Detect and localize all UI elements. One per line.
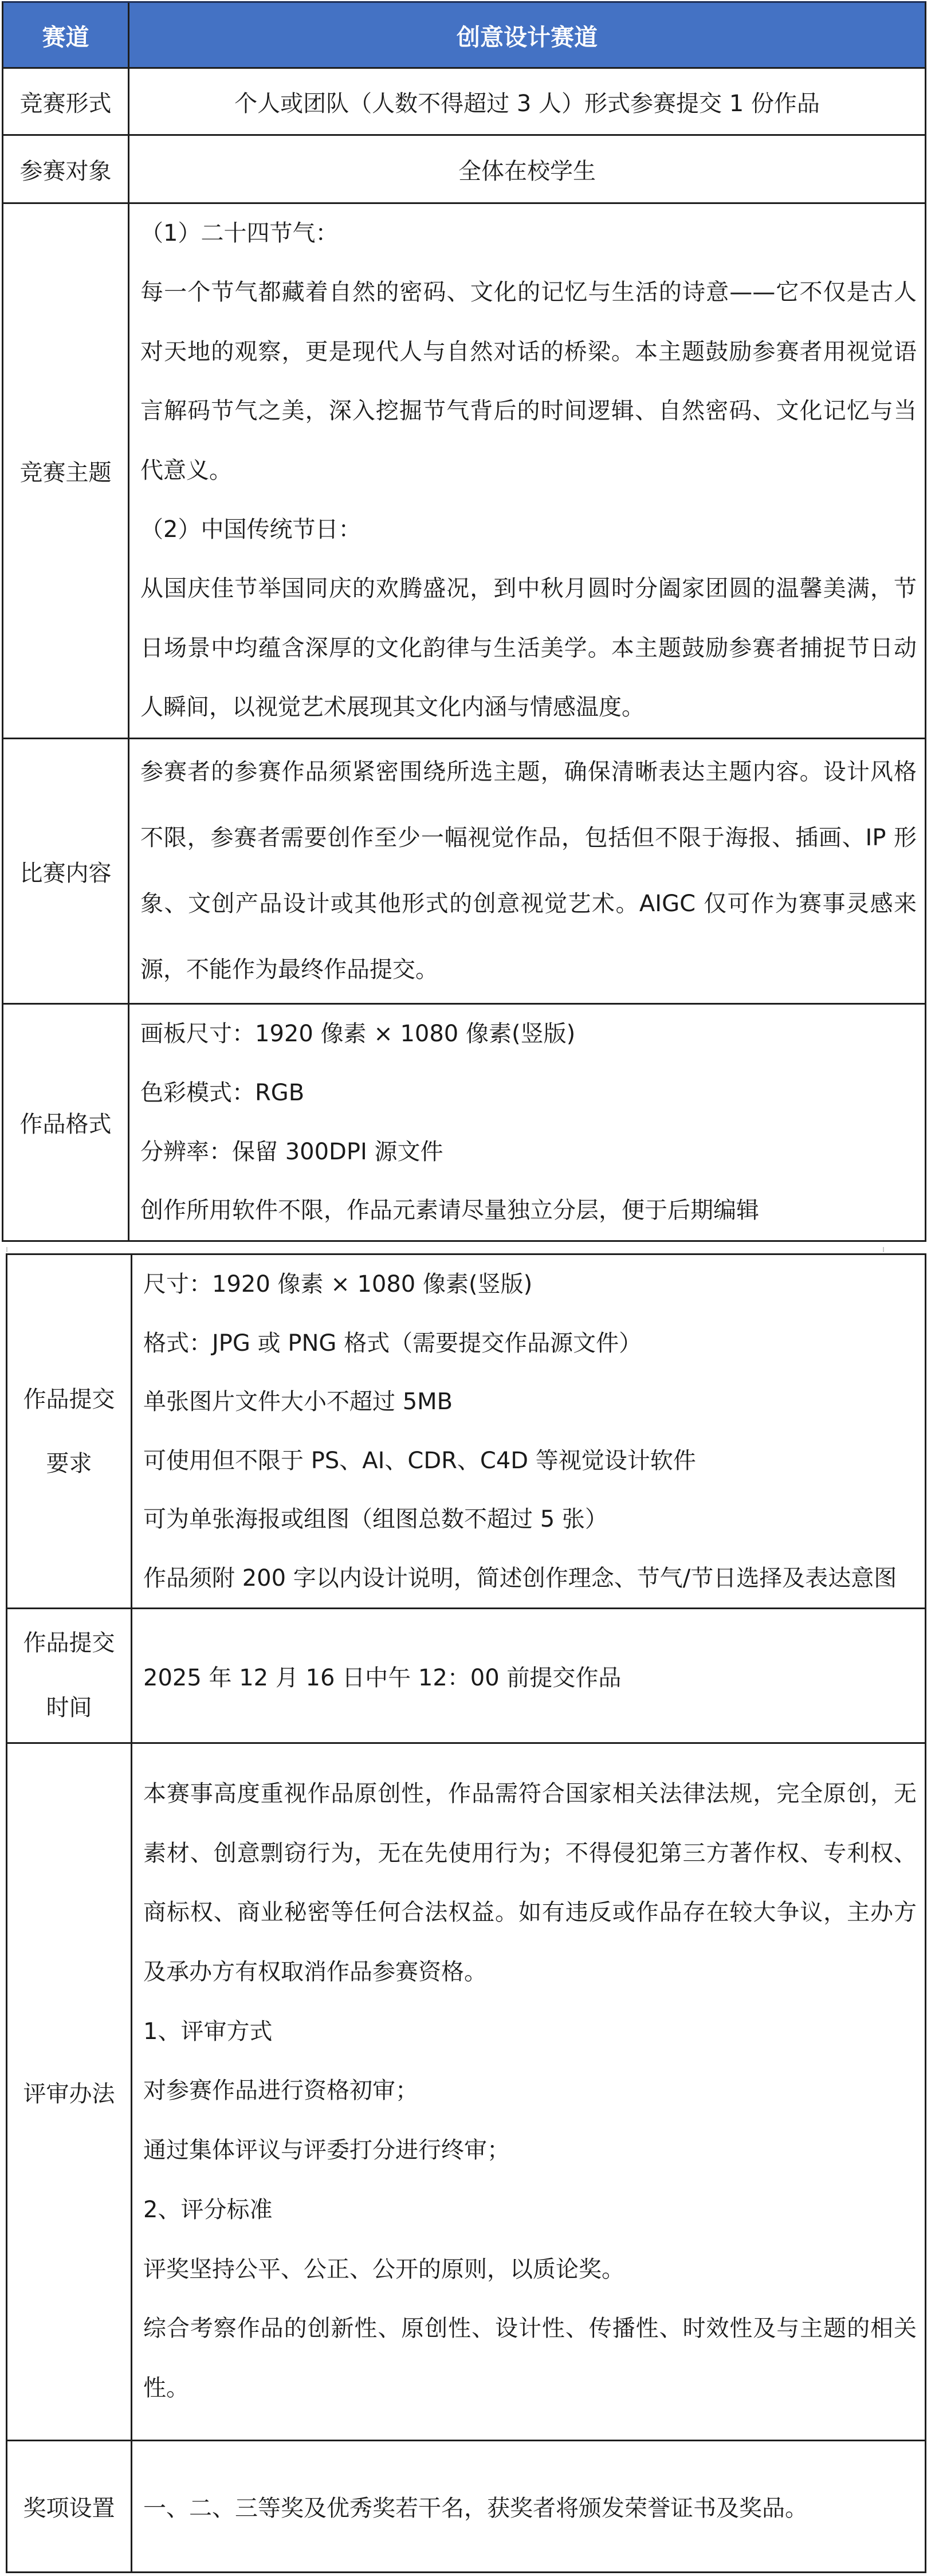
text-line: 可为单张海报或组图（组图总数不超过 5 张） (143, 1490, 917, 1549)
text-line: 色彩模式：RGB (140, 1064, 917, 1123)
table-row-content: 比赛内容 参赛者的参赛作品须紧密围绕所选主题，确保清晰表达主题内容。设计风格 不… (2, 739, 926, 1005)
row-label-line: 作品提交 (23, 1611, 115, 1676)
row-value-cell: 尺寸：1920 像素 × 1080 像素(竖版) 格式：JPG 或 PNG 格式… (132, 1255, 925, 1607)
row-label-line: 要求 (46, 1432, 92, 1496)
row-value-cell: （1）二十四节气： 每一个节气都藏着自然的密码、文化的记忆与生活的诗意——它不仅… (129, 204, 925, 738)
text-line: 及承办方有权取消作品参赛资格。 (143, 1943, 917, 2002)
row-value-cell: 本赛事高度重视作品原创性，作品需符合国家相关法律法规，完全原创，无 素材、创意剽… (132, 1744, 925, 2440)
row-label-cell: 作品提交 时间 (7, 1609, 132, 1742)
row-label-cell: 奖项设置 (7, 2441, 132, 2571)
row-label-line: 时间 (46, 1676, 92, 1740)
row-value-cell: 个人或团队（人数不得超过 3 人）形式参赛提交 1 份作品 (129, 69, 925, 134)
text-line: 素材、创意剽窃行为，无在先使用行为；不得侵犯第三方著作权、专利权、 (143, 1824, 917, 1884)
text-line: 画板尺寸：1920 像素 × 1080 像素(竖版) (140, 1005, 917, 1064)
text-line: 格式：JPG 或 PNG 格式（需要提交作品源文件） (143, 1314, 917, 1373)
row-label-cell: 参赛对象 (3, 136, 129, 202)
text-line: 创作所用软件不限，作品元素请尽量独立分层，便于后期编辑 (140, 1181, 917, 1240)
text-line: 言解码节气之美，深入挖掘节气背后的时间逻辑、自然密码、文化记忆与当 (140, 382, 917, 441)
text-line: 代意义。 (140, 441, 917, 500)
text-line: 参赛者的参赛作品须紧密围绕所选主题，确保清晰表达主题内容。设计风格 (140, 739, 917, 805)
row-label: 奖项设置 (23, 2490, 115, 2523)
row-label: 评审办法 (23, 2076, 115, 2108)
row-label: 比赛内容 (20, 855, 112, 888)
text-line: 单张图片文件大小不超过 5MB (143, 1373, 917, 1432)
text-line: 商标权、商业秘密等任何合法权益。如有违反或作品存在较大争议，主办方 (143, 1883, 917, 1943)
row-value: 全体在校学生 (458, 153, 596, 186)
theme-subheading: （2）中国传统节日： (140, 500, 917, 559)
text-line: 对参赛作品进行资格初审； (143, 2061, 917, 2121)
text-line: 评奖坚持公平、公正、公开的原则，以质论奖。 (143, 2240, 917, 2300)
row-label-cell: 作品提交 要求 (7, 1255, 132, 1607)
table-row-judging: 评审办法 本赛事高度重视作品原创性，作品需符合国家相关法律法规，完全原创，无 素… (6, 1744, 926, 2441)
judging-subheading: 1、评审方式 (143, 2002, 917, 2062)
header-track-value: 创意设计赛道 (457, 18, 598, 52)
table-row-format: 竞赛形式 个人或团队（人数不得超过 3 人）形式参赛提交 1 份作品 (2, 69, 926, 136)
competition-info-table-2: 作品提交 要求 尺寸：1920 像素 × 1080 像素(竖版) 格式：JPG … (6, 1253, 926, 2573)
row-label-cell: 比赛内容 (3, 739, 129, 1003)
text-line: 可使用但不限于 PS、AI、CDR、C4D 等视觉设计软件 (143, 1432, 917, 1491)
table-header-row: 赛道 创意设计赛道 (2, 1, 926, 69)
row-label-line: 作品提交 (23, 1367, 115, 1432)
theme-subheading: （1）二十四节气： (140, 204, 917, 263)
table-row-spec: 作品格式 画板尺寸：1920 像素 × 1080 像素(竖版) 色彩模式：RGB… (2, 1005, 926, 1242)
awards-value: 一、二、三等奖及优秀奖若干名，获奖者将颁发荣誉证书及奖品。 (143, 2490, 808, 2523)
row-label-cell: 竞赛形式 (3, 69, 129, 134)
row-label: 竞赛形式 (20, 85, 112, 118)
text-line: 分辨率：保留 300DPI 源文件 (140, 1123, 917, 1182)
table-row-submission-requirements: 作品提交 要求 尺寸：1920 像素 × 1080 像素(竖版) 格式：JPG … (6, 1253, 926, 1609)
text-line: 不限，参赛者需要创作至少一幅视觉作品，包括但不限于海报、插画、IP 形 (140, 805, 917, 871)
row-label: 参赛对象 (20, 153, 112, 186)
text-line: 尺寸：1920 像素 × 1080 像素(竖版) (143, 1255, 917, 1314)
table-row-audience: 参赛对象 全体在校学生 (2, 136, 926, 204)
header-track-label: 赛道 (42, 18, 89, 52)
text-line: 综合考察作品的创新性、原创性、设计性、传播性、时效性及与主题的相关 (143, 2299, 917, 2359)
header-track-value-cell: 创意设计赛道 (129, 3, 925, 67)
table-anchor-mark-right (883, 1247, 884, 1252)
table-anchor-mark-left (6, 1247, 7, 1252)
table-row-submission-time: 作品提交 时间 2025 年 12 月 16 日中午 12：00 前提交作品 (6, 1609, 926, 1744)
text-line: 对天地的观察，更是现代人与自然对话的桥梁。本主题鼓励参赛者用视觉语 (140, 323, 917, 382)
text-line: 作品须附 200 字以内设计说明，简述创作理念、节气/节日选择及表达意图 (143, 1549, 917, 1608)
header-track-label-cell: 赛道 (3, 3, 129, 67)
table-row-awards: 奖项设置 一、二、三等奖及优秀奖若干名，获奖者将颁发荣誉证书及奖品。 (6, 2441, 926, 2573)
row-value-cell: 画板尺寸：1920 像素 × 1080 像素(竖版) 色彩模式：RGB 分辨率：… (129, 1005, 925, 1240)
row-label-cell: 评审办法 (7, 1744, 132, 2440)
row-value: 个人或团队（人数不得超过 3 人）形式参赛提交 1 份作品 (234, 85, 820, 118)
row-label-cell: 作品格式 (3, 1005, 129, 1240)
text-line: 通过集体评议与评委打分进行终审； (143, 2121, 917, 2181)
judging-subheading: 2、评分标准 (143, 2181, 917, 2240)
text-line: 性。 (143, 2359, 917, 2418)
text-line: 本赛事高度重视作品原创性，作品需符合国家相关法律法规，完全原创，无 (143, 1765, 917, 1824)
row-value-cell: 全体在校学生 (129, 136, 925, 202)
text-line: 源，不能作为最终作品提交。 (140, 937, 917, 1003)
table-row-theme: 竞赛主题 （1）二十四节气： 每一个节气都藏着自然的密码、文化的记忆与生活的诗意… (2, 204, 926, 739)
row-value-cell: 参赛者的参赛作品须紧密围绕所选主题，确保清晰表达主题内容。设计风格 不限，参赛者… (129, 739, 925, 1003)
row-label-cell: 竞赛主题 (3, 204, 129, 738)
text-line: 象、文创产品设计或其他形式的创意视觉艺术。AIGC 仅可作为赛事灵感来 (140, 871, 917, 937)
competition-info-table-1: 赛道 创意设计赛道 竞赛形式 个人或团队（人数不得超过 3 人）形式参赛提交 1… (2, 1, 926, 1242)
row-label: 作品格式 (20, 1106, 112, 1139)
row-value-cell: 2025 年 12 月 16 日中午 12：00 前提交作品 (132, 1609, 925, 1742)
row-value-cell: 一、二、三等奖及优秀奖若干名，获奖者将颁发荣誉证书及奖品。 (132, 2441, 925, 2571)
text-line: 人瞬间，以视觉艺术展现其文化内涵与情感温度。 (140, 678, 917, 737)
submission-deadline: 2025 年 12 月 16 日中午 12：00 前提交作品 (143, 1660, 621, 1692)
row-label: 竞赛主题 (20, 454, 112, 487)
text-line: 从国庆佳节举国同庆的欢腾盛况，到中秋月圆时分阖家团圆的温馨美满，节 (140, 559, 917, 618)
text-line: 每一个节气都藏着自然的密码、文化的记忆与生活的诗意——它不仅是古人 (140, 263, 917, 322)
text-line: 日场景中均蕴含深厚的文化韵律与生活美学。本主题鼓励参赛者捕捉节日动 (140, 619, 917, 678)
